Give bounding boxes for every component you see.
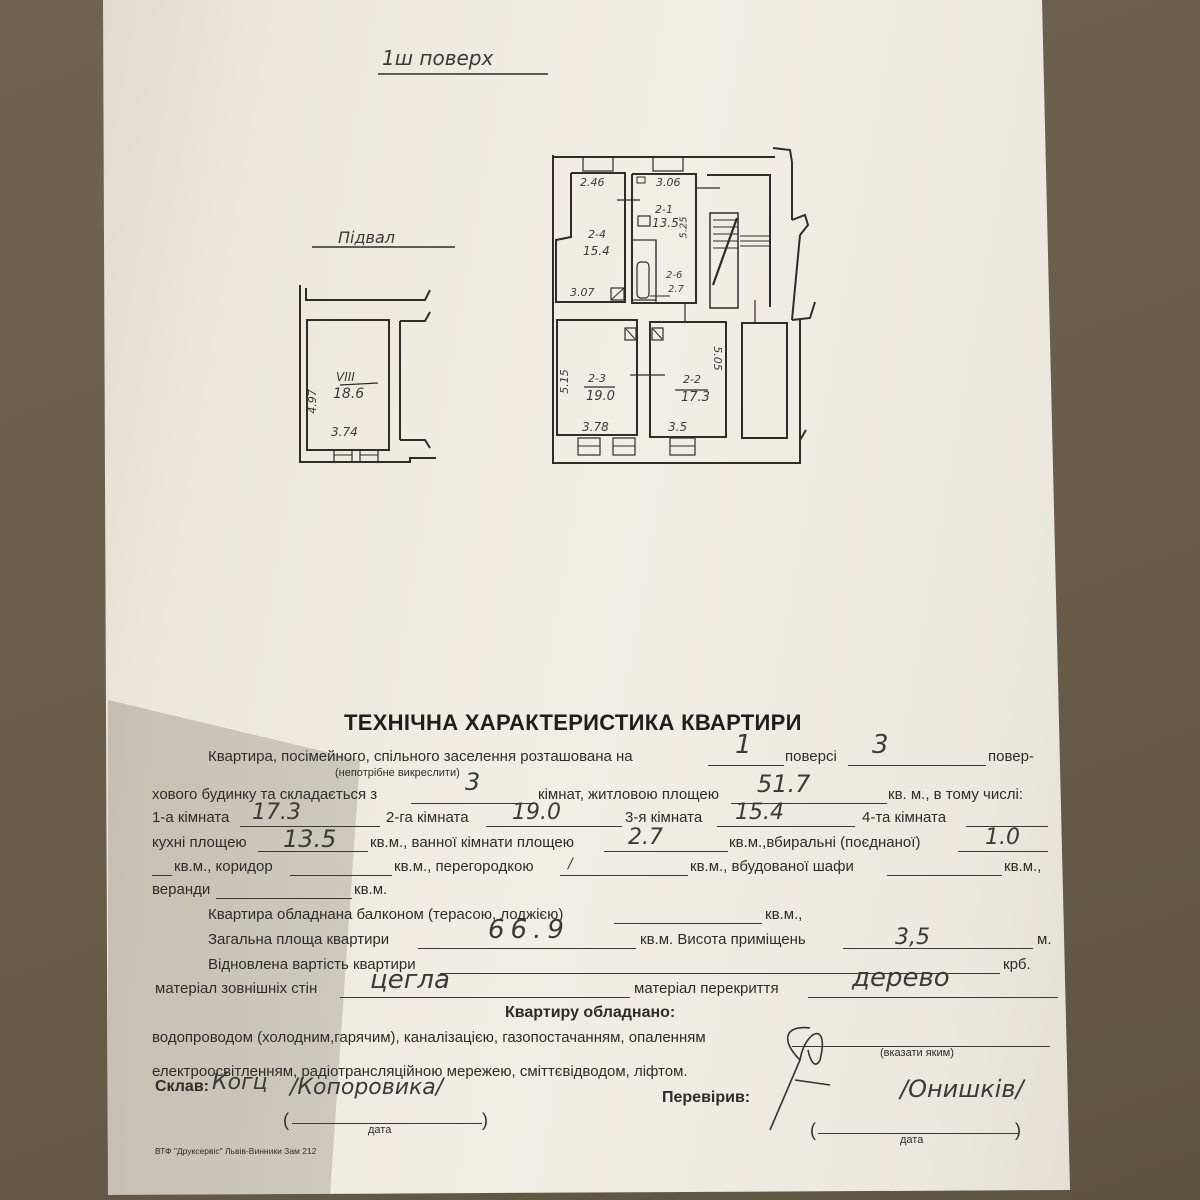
checked-name[interactable]: /Онишків/ bbox=[900, 1075, 1024, 1103]
printer-imprint: ВТФ "Друксервіс" Львів-Винники Зам 212 bbox=[155, 1146, 316, 1156]
checked-date-paren-close: ) bbox=[1015, 1120, 1021, 1141]
checked-date-paren-open: ( bbox=[810, 1120, 816, 1141]
checker-signature-stroke bbox=[0, 0, 1200, 1200]
checked-date-label: дата bbox=[900, 1134, 923, 1146]
